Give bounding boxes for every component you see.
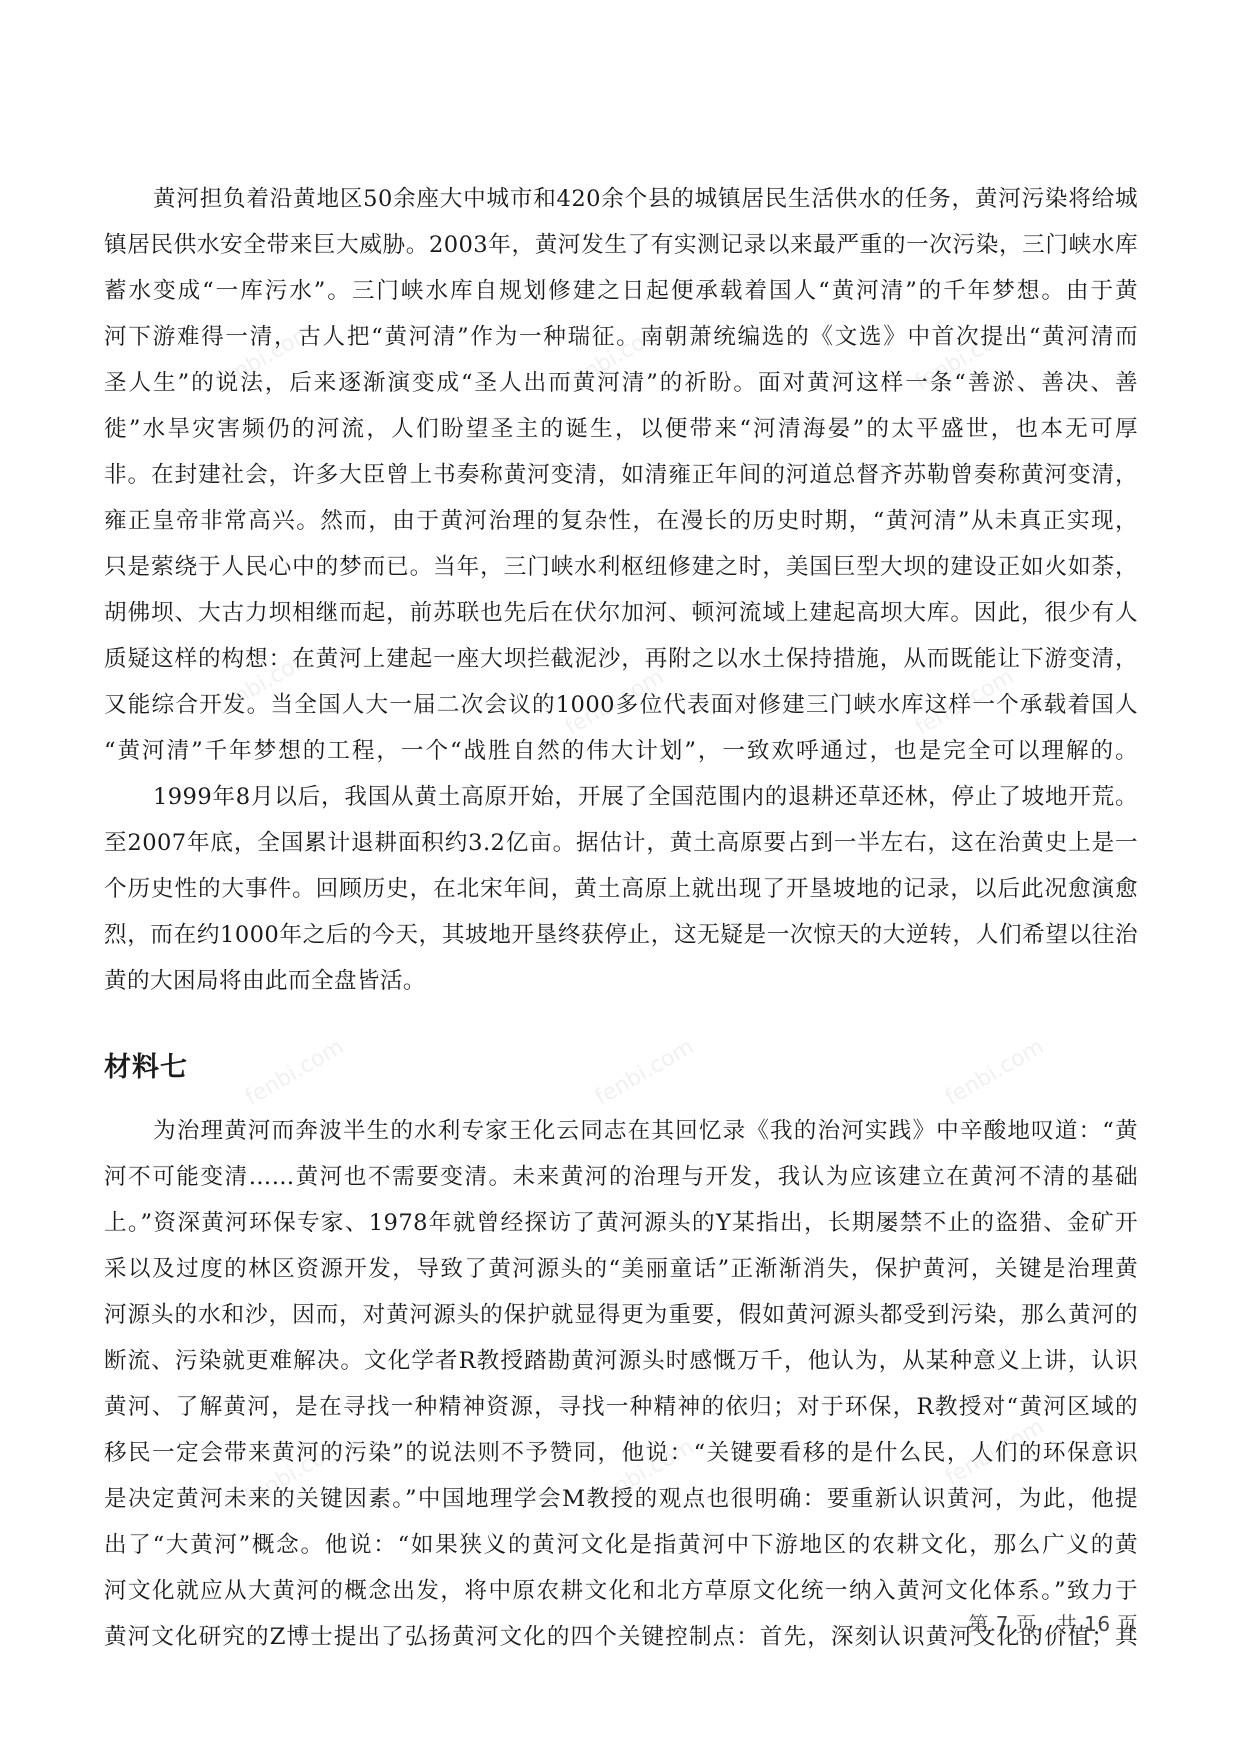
- text-line: 圣人生”的说法，后来逐渐演变成“圣人出而黄河清”的祈盼。面对黄河这样一条“善淤、…: [104, 360, 1138, 406]
- paragraph-water-supply: 黄河担负着沿黄地区50余座大中城市和420余个县的城镇居民生活供水的任务，黄河污…: [104, 176, 1138, 774]
- text-line: 雍正皇帝非常高兴。然而，由于黄河治理的复杂性，在漫长的历史时期，“黄河清”从未真…: [104, 498, 1138, 544]
- text-line: 又能综合开发。当全国人大一届二次会议的1000多位代表面对修建三门峡水库这样一个…: [104, 682, 1138, 728]
- text-line: 是决定黄河未来的关键因素。”中国地理学会M教授的观点也很明确：要重新认识黄河，为…: [104, 1476, 1138, 1522]
- text-line: 只是萦绕于人民心中的梦而已。当年，三门峡水利枢纽修建之时，美国巨型大坝的建设正如…: [104, 544, 1138, 590]
- text-line: 烈，而在约1000年之后的今天，其坡地开垦终获停止，这无疑是一次惊天的大逆转，人…: [104, 912, 1138, 958]
- text-line: 为治理黄河而奔波半生的水利专家王化云同志在其回忆录《我的治河实践》中辛酸地叹道：…: [104, 1108, 1138, 1154]
- text-line: 蓄水变成“一库污水”。三门峡水库自规划修建之日起便承载着国人“黄河清”的千年梦想…: [104, 268, 1138, 314]
- page-number: 第 7 页，共 16 页: [968, 1608, 1138, 1637]
- text-line: 河源头的水和沙，因而，对黄河源头的保护就显得更为重要，假如黄河源头都受到污染，那…: [104, 1292, 1138, 1338]
- footer-mark: ·: [110, 1616, 117, 1641]
- document-page: 黄河担负着沿黄地区50余座大中城市和420余个县的城镇居民生活供水的任务，黄河污…: [104, 176, 1138, 1660]
- paragraph-returning-farmland: 1999年8月以后，我国从黄土高原开始，开展了全国范围内的退耕还草还林，停止了坡…: [104, 774, 1138, 1004]
- text-line: 河下游难得一清，古人把“黄河清”作为一种瑞征。南朝萧统编选的《文选》中首次提出“…: [104, 314, 1138, 360]
- text-line: 个历史性的大事件。回顾历史，在北宋年间，黄土高原上就出现了开垦坡地的记录，以后此…: [104, 866, 1138, 912]
- section-heading: 材料七: [104, 1046, 1138, 1090]
- text-line: 黄河担负着沿黄地区50余座大中城市和420余个县的城镇居民生活供水的任务，黄河污…: [104, 176, 1138, 222]
- text-line: 断流、污染就更难解决。文化学者R教授踏勘黄河源头时感慨万千，他认为，从某种意义上…: [104, 1338, 1138, 1384]
- text-line: 河不可能变清……黄河也不需要变清。未来黄河的治理与开发，我认为应该建立在黄河不清…: [104, 1154, 1138, 1200]
- text-line: 至2007年底，全国累计退耕面积约3.2亿亩。据估计，黄土高原要占到一半左右，这…: [104, 820, 1138, 866]
- text-line: “黄河清”千年梦想的工程，一个“战胜自然的伟大计划”，一致欢呼通过，也是完全可以…: [104, 728, 1138, 774]
- text-line: 上。”资深黄河环保专家、1978年就曾经探访了黄河源头的Y某指出，长期屡禁不止的…: [104, 1200, 1138, 1246]
- text-line: 徙”水旱灾害频仍的河流，人们盼望圣主的诞生，以便带来“河清海晏”的太平盛世，也本…: [104, 406, 1138, 452]
- paragraph-material-seven: 为治理黄河而奔波半生的水利专家王化云同志在其回忆录《我的治河实践》中辛酸地叹道：…: [104, 1108, 1138, 1660]
- text-line: 黄的大困局将由此而全盘皆活。: [104, 958, 1138, 1004]
- text-line: 胡佛坝、大古力坝相继而起，前苏联也先后在伏尔加河、顿河流域上建起高坝大库。因此，…: [104, 590, 1138, 636]
- text-line: 采以及过度的林区资源开发，导致了黄河源头的“美丽童话”正渐渐消失，保护黄河，关键…: [104, 1246, 1138, 1292]
- text-line: 1999年8月以后，我国从黄土高原开始，开展了全国范围内的退耕还草还林，停止了坡…: [104, 774, 1138, 820]
- text-line: 非。在封建社会，许多大臣曾上书奏称黄河变清，如清雍正年间的河道总督齐苏勒曾奏称黄…: [104, 452, 1138, 498]
- text-line: 移民一定会带来黄河的污染”的说法则不予赞同，他说：“关键要看移的是什么民，人们的…: [104, 1430, 1138, 1476]
- text-line: 黄河、了解黄河，是在寻找一种精神资源，寻找一种精神的依归；对于环保，R教授对“黄…: [104, 1384, 1138, 1430]
- text-line: 镇居民供水安全带来巨大威胁。2003年，黄河发生了有实测记录以来最严重的一次污染…: [104, 222, 1138, 268]
- text-line: 出了“大黄河”概念。他说：“如果狭义的黄河文化是指黄河中下游地区的农耕文化，那么…: [104, 1522, 1138, 1568]
- text-line: 质疑这样的构想：在黄河上建起一座大坝拦截泥沙，再附之以水土保持措施，从而既能让下…: [104, 636, 1138, 682]
